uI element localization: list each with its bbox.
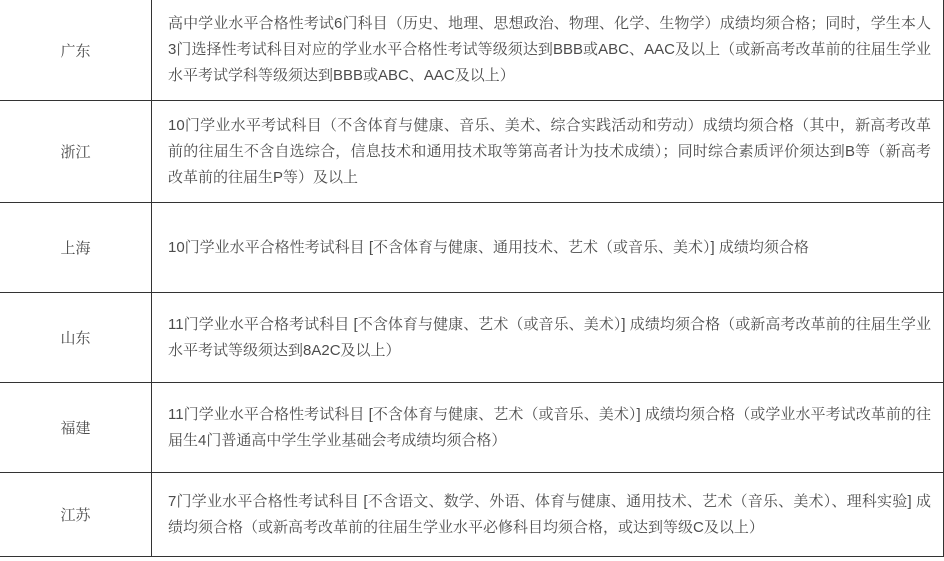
requirement-cell: 10门学业水平合格性考试科目 [不含体育与健康、通用技术、艺术（或音乐、美术）]…	[152, 203, 943, 292]
requirement-text: 高中学业水平合格性考试6门科目（历史、地理、思想政治、物理、化学、生物学）成绩均…	[168, 11, 931, 89]
table-row: 上海 10门学业水平合格性考试科目 [不含体育与健康、通用技术、艺术（或音乐、美…	[0, 203, 943, 293]
requirement-text: 7门学业水平合格性考试科目 [不含语文、数学、外语、体育与健康、通用技术、艺术（…	[168, 489, 931, 541]
table-row: 福建 11门学业水平合格性考试科目 [不含体育与健康、艺术（或音乐、美术）] 成…	[0, 383, 943, 473]
requirement-cell: 7门学业水平合格性考试科目 [不含语文、数学、外语、体育与健康、通用技术、艺术（…	[152, 473, 943, 556]
province-name: 江苏	[60, 504, 90, 525]
province-cell: 上海	[0, 203, 152, 292]
requirement-text: 10门学业水平合格性考试科目 [不含体育与健康、通用技术、艺术（或音乐、美术）]…	[168, 235, 809, 261]
table-row: 江苏 7门学业水平合格性考试科目 [不含语文、数学、外语、体育与健康、通用技术、…	[0, 473, 943, 557]
table-row: 山东 11门学业水平合格考试科目 [不含体育与健康、艺术（或音乐、美术）] 成绩…	[0, 293, 943, 383]
province-name: 山东	[60, 327, 90, 348]
table-row: 浙江 10门学业水平考试科目（不含体育与健康、音乐、美术、综合实践活动和劳动）成…	[0, 101, 943, 203]
province-cell: 江苏	[0, 473, 152, 556]
province-name: 福建	[60, 417, 90, 438]
province-cell: 山东	[0, 293, 152, 382]
requirement-cell: 11门学业水平合格考试科目 [不含体育与健康、艺术（或音乐、美术）] 成绩均须合…	[152, 293, 943, 382]
requirement-text: 10门学业水平考试科目（不含体育与健康、音乐、美术、综合实践活动和劳动）成绩均须…	[168, 113, 931, 191]
requirements-table: 广东 高中学业水平合格性考试6门科目（历史、地理、思想政治、物理、化学、生物学）…	[0, 0, 944, 557]
table-row: 广东 高中学业水平合格性考试6门科目（历史、地理、思想政治、物理、化学、生物学）…	[0, 0, 943, 101]
province-cell: 浙江	[0, 101, 152, 202]
requirement-cell: 11门学业水平合格性考试科目 [不含体育与健康、艺术（或音乐、美术）] 成绩均须…	[152, 383, 943, 472]
province-name: 浙江	[60, 141, 90, 162]
requirement-cell: 10门学业水平考试科目（不含体育与健康、音乐、美术、综合实践活动和劳动）成绩均须…	[152, 101, 943, 202]
requirement-cell: 高中学业水平合格性考试6门科目（历史、地理、思想政治、物理、化学、生物学）成绩均…	[152, 0, 943, 100]
requirement-text: 11门学业水平合格考试科目 [不含体育与健康、艺术（或音乐、美术）] 成绩均须合…	[168, 312, 931, 364]
page: 广东 高中学业水平合格性考试6门科目（历史、地理、思想政治、物理、化学、生物学）…	[0, 0, 944, 561]
province-cell: 福建	[0, 383, 152, 472]
requirement-text: 11门学业水平合格性考试科目 [不含体育与健康、艺术（或音乐、美术）] 成绩均须…	[168, 402, 931, 454]
province-cell: 广东	[0, 0, 152, 100]
province-name: 广东	[60, 40, 90, 61]
province-name: 上海	[60, 237, 90, 258]
